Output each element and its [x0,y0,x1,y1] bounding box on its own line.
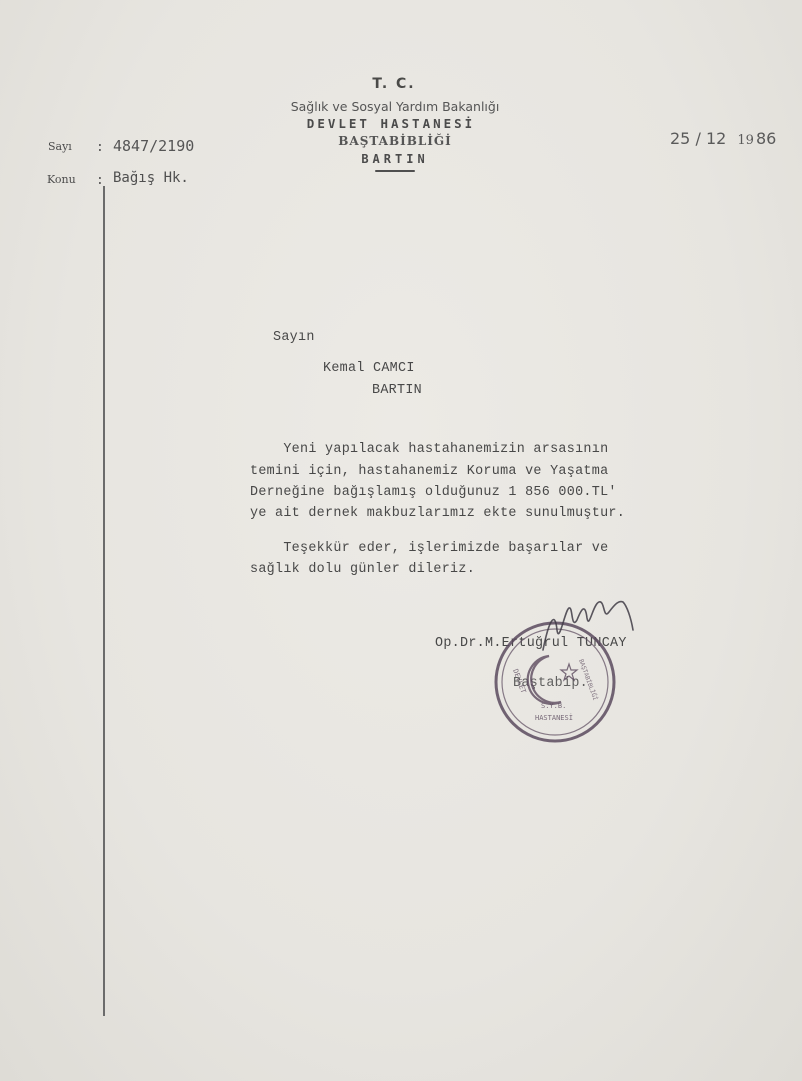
margin-line [103,186,105,1016]
number-label: Sayı [48,140,72,153]
number-colon: : [96,140,104,155]
subject-label: Konu [47,173,76,186]
svg-text:HASTANESİ: HASTANESİ [535,713,573,722]
letterhead-ministry: Sağlık ve Sosyal Yardım Bakanlığı [291,99,500,114]
date-month: 12 [706,129,726,148]
body-line: Yeni yapılacak hastahanemizin arsasının [250,442,608,457]
salutation: Sayın [273,330,315,345]
date-year-suffix: 86 [756,129,776,148]
letterhead-city: BARTIN [361,152,428,166]
body-line: Teşekkür eder, işlerimizde başarılar ve [250,541,608,556]
subject-value: Bağış Hk. [113,170,189,186]
date-day: 25 [670,129,690,148]
letterhead-department: BAŞTABİBLİĞİ [338,134,452,148]
body-line: ye ait dernek makbuzlarımız ekte sunulmu… [250,506,625,521]
number-value: 4847/2190 [113,137,194,155]
letterhead-institution: DEVLET HASTANESİ [307,116,475,131]
body-line: sağlık dolu günler dileriz. [250,562,475,577]
svg-text:S.Y.B.: S.Y.B. [541,702,566,710]
date-year-prefix: 19 [737,133,754,148]
addressee-city: BARTIN [372,383,422,398]
body-line: Derneğine bağışlamış olduğunuz 1 856 000… [250,485,617,500]
body-line: temini için, hastahanemiz Koruma ve Yaşa… [250,464,608,479]
date-separator: / [695,129,700,148]
letter-date: 25 / 12 1986 [670,129,776,148]
signatory-name: Op.Dr.M.Ertuğrul TUNCAY [435,636,627,651]
signatory-title: Baştabip. [513,676,588,691]
letterhead-country: T. C. [372,76,415,92]
letterhead-rule [375,170,415,172]
document-page: T. C. Sağlık ve Sosyal Yardım Bakanlığı … [0,0,802,1081]
addressee-name: Kemal CAMCI [323,361,415,376]
